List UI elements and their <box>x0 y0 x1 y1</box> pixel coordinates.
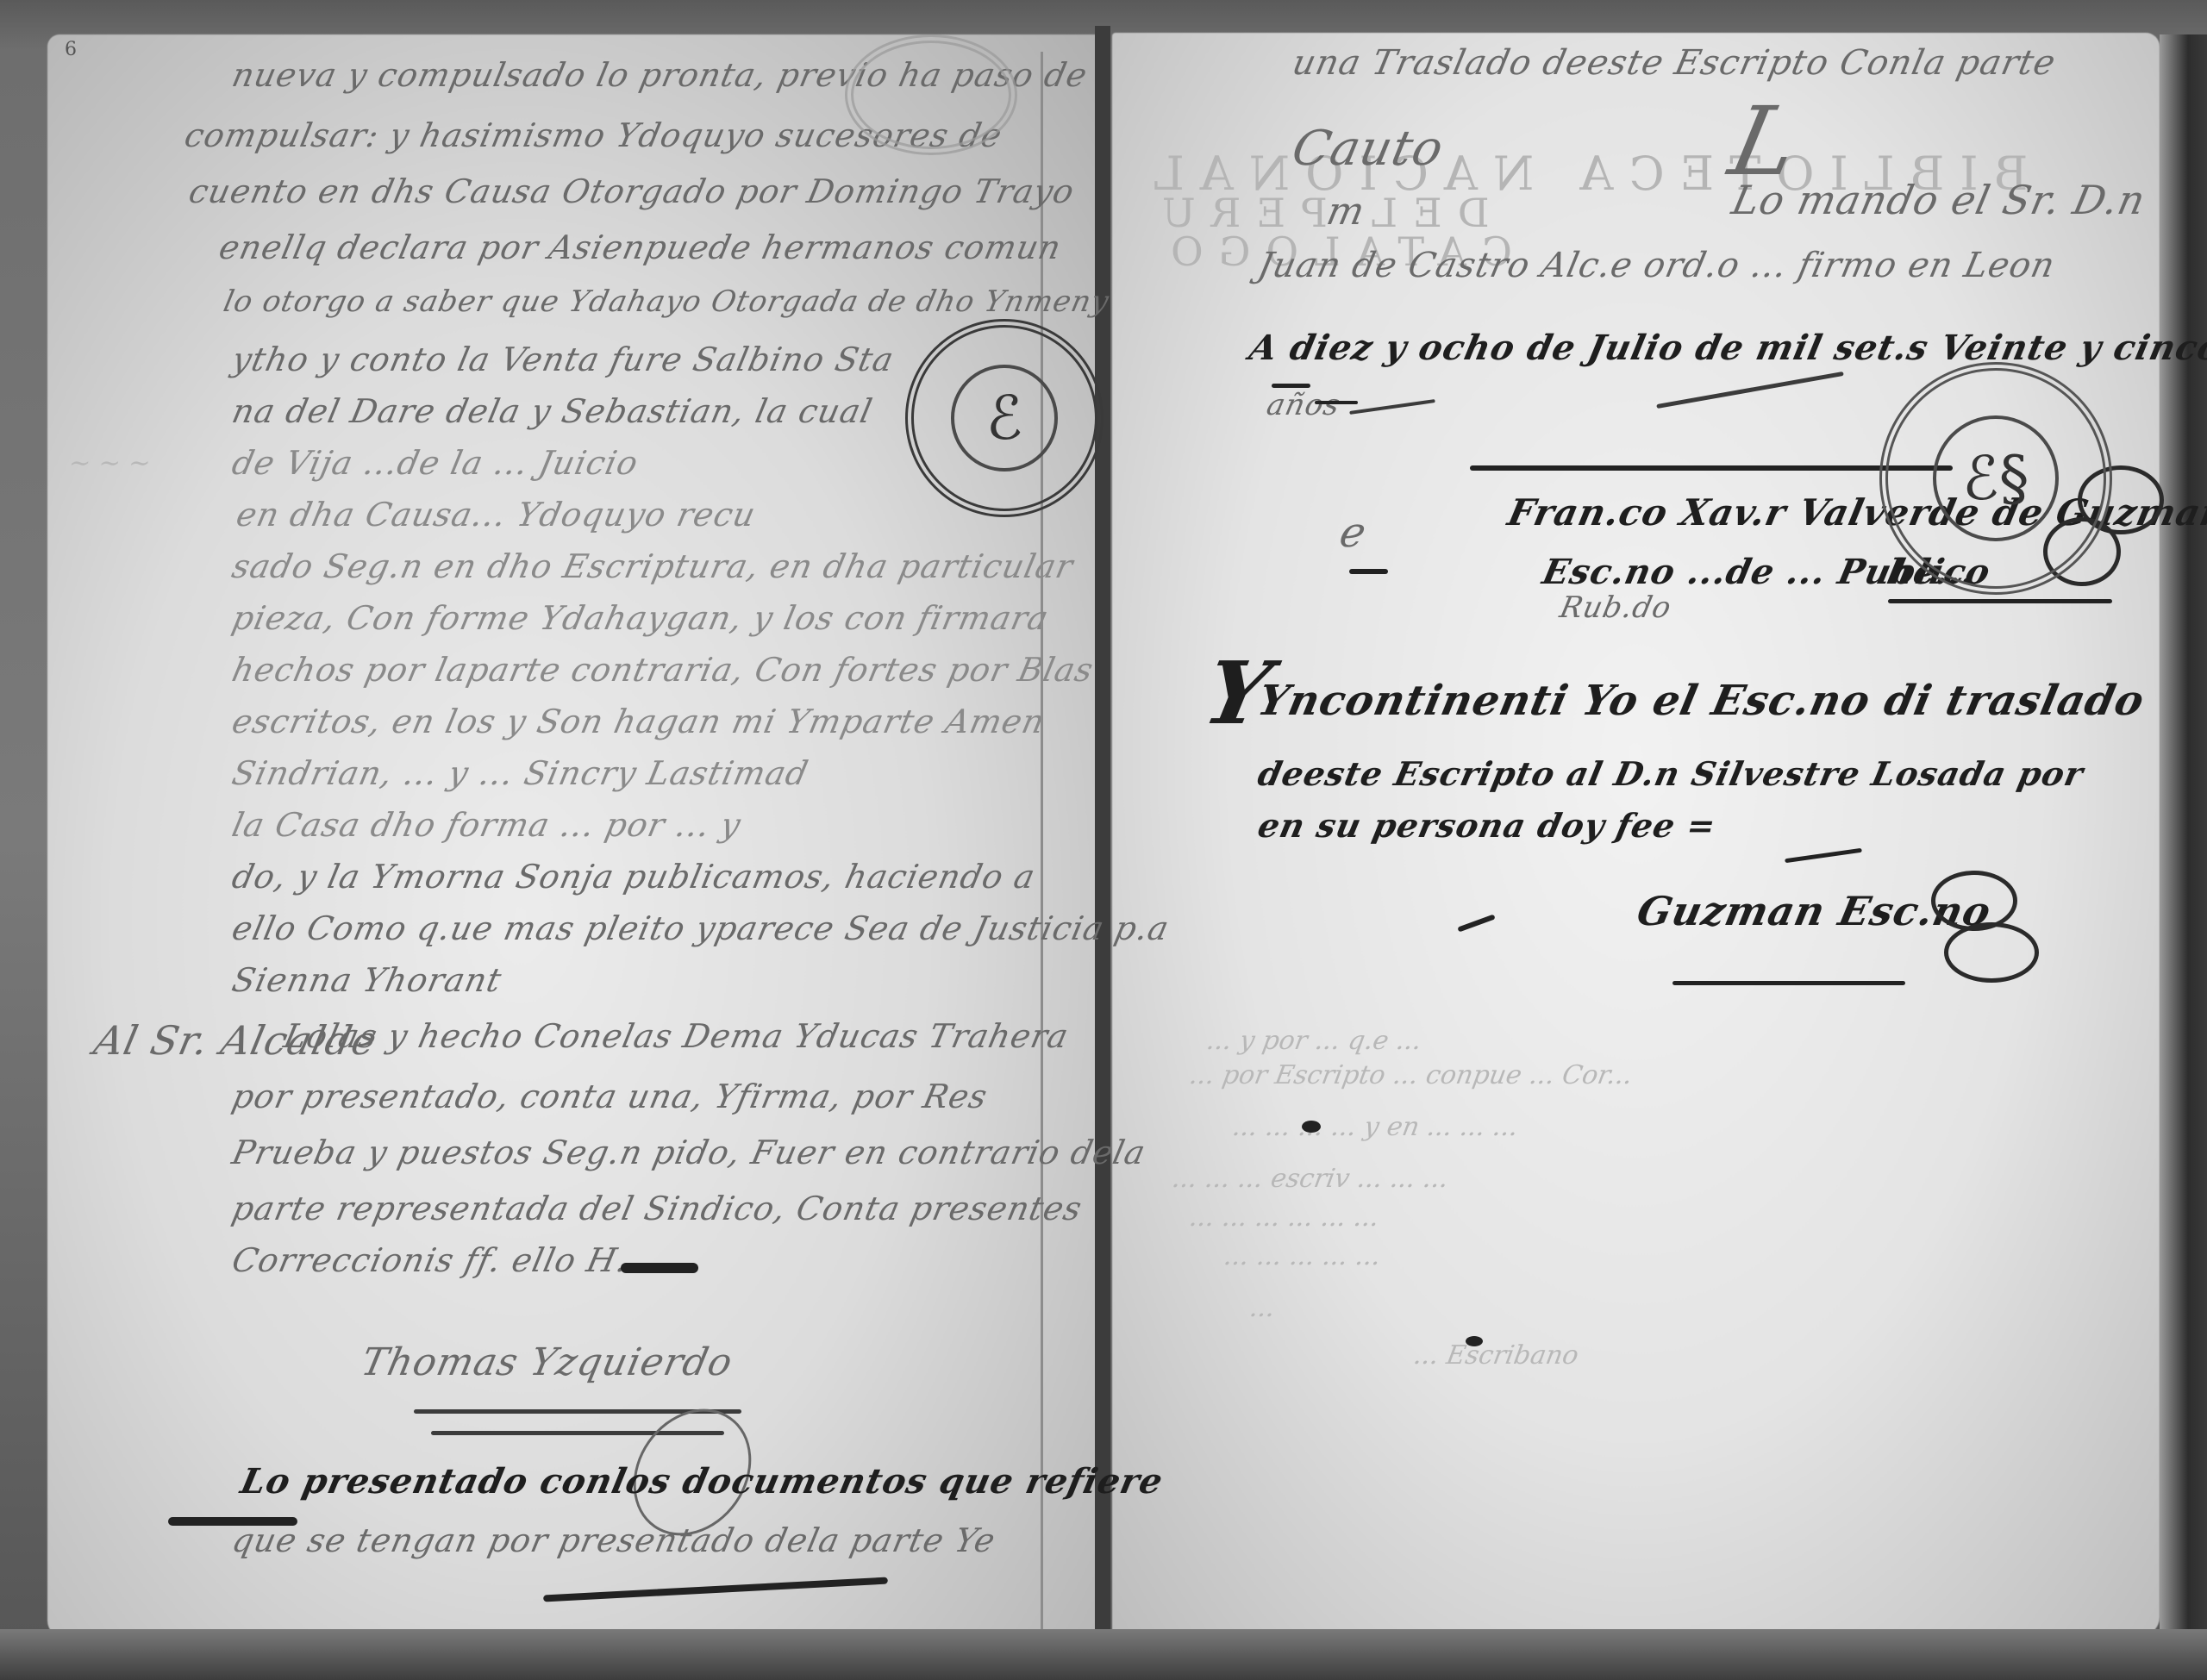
book-spine <box>1095 26 1110 1655</box>
bleed-text: ... por Escripto ... conpue ... Cor... <box>1187 1060 1635 1090</box>
text-line: la Casa dho forma ... por ... y <box>228 806 744 844</box>
text-line: ello Como q.ue mas pleito yparece Sea de… <box>228 909 1172 947</box>
text-line: Lo presentado conlos documentos que refi… <box>237 1461 1167 1502</box>
bleed-text: ... Escribano <box>1411 1340 1581 1371</box>
text-line: Prueba y puestos Seg.n pido, Fuer en con… <box>228 1134 1149 1171</box>
text-line: en dha Causa... Ydoquyo recu <box>233 496 760 534</box>
right-page-edge <box>2160 34 2207 1680</box>
text-line: de Vija ...de la ... Juicio <box>228 444 641 482</box>
library-stamp: ℰ§ <box>1879 362 2112 595</box>
signature: Thomas Yzquierdo <box>358 1340 737 1384</box>
text-line: enellq declara por Asienpuede hermanos c… <box>216 228 1065 266</box>
text-line: Lolas y hecho Conelas Dema Yducas Traher… <box>280 1017 1072 1055</box>
bleed-text: ... ... ... ... ... ... <box>1187 1202 1382 1233</box>
bleed-text: ... ... ... escriv ... ... ... <box>1170 1164 1451 1194</box>
bleed-text: ... ... ... ... ... <box>1222 1241 1383 1271</box>
signature-flourish <box>1931 871 2017 931</box>
ink-stroke <box>168 1517 297 1526</box>
text-line: lo otorgo a saber que Ydahayo Otorgada d… <box>221 284 1113 319</box>
signature-flourish <box>1944 922 2039 983</box>
signature-underline <box>1888 599 2112 603</box>
text-line: que se tengan por presentado dela parte … <box>228 1521 999 1559</box>
ink-stroke <box>621 1263 698 1273</box>
text-line: Sienna Yhorant <box>228 961 505 999</box>
text-line: hechos por laparte contraria, Con fortes… <box>228 651 1097 689</box>
bottom-edge <box>0 1629 2207 1680</box>
ink-stroke <box>1349 569 1388 574</box>
text-line: por presentado, conta una, Yfirma, por R… <box>228 1077 991 1115</box>
bleed-text: ~ ~ ~ <box>66 448 153 478</box>
library-stamp: ℰ <box>905 319 1103 517</box>
ink-stroke <box>1272 384 1310 388</box>
text-line: Yncontinenti Yo el Esc.no di traslado <box>1254 677 2149 725</box>
text-line: Sindrian, ... y ... Sincry Lastimad <box>228 754 812 792</box>
text-line: años <box>1264 388 1344 422</box>
signature-underline <box>1672 981 1905 985</box>
ink-blot <box>1466 1336 1483 1346</box>
text-line: en su persona doy fee = <box>1254 806 1720 845</box>
header-line: una Traslado deeste Escripto Conla parte <box>1289 43 2060 83</box>
text-line: Juan de Castro Alc.e ord.o ... firmo en … <box>1254 246 2059 285</box>
text-line: ytho y conto la Venta fure Salbino Sta <box>228 340 897 378</box>
stamp-center: ℰ <box>951 365 1058 472</box>
text-line: A diez y ocho de Julio de mil set.s Vein… <box>1246 328 2207 368</box>
faint-stamp <box>845 34 1017 155</box>
text-line: Lo mando el Sr. D.n <box>1728 177 2150 223</box>
signature-rubric: Rub.do <box>1557 590 1675 625</box>
text-line: na del Dare dela y Sebastian, la cual <box>228 392 876 430</box>
margin-label: Cauto <box>1287 121 1448 177</box>
text-line: escritos, en los y Son hagan mi Ymparte … <box>228 703 1048 740</box>
bleed-text: ... ... ... ... y en ... ... ... <box>1230 1112 1521 1142</box>
text-line: do, y la Ymorna Sonja publicamos, hacien… <box>228 858 1039 896</box>
text-line: sado Seg.n en dho Escriptura, en dha par… <box>228 547 1077 585</box>
stamp-center: ℰ§ <box>1933 415 2059 541</box>
text-line: pieza, Con forme Ydahaygan, y los con fi… <box>228 599 1052 637</box>
ink-blot <box>1302 1121 1321 1133</box>
text-line: Correccionis ff. ello H. <box>228 1241 632 1279</box>
text-line: parte representada del Sindico, Conta pr… <box>228 1190 1085 1227</box>
bleed-text: ... y por ... q.e ... <box>1204 1026 1424 1056</box>
page-number: 6 <box>65 39 77 60</box>
ink-stroke <box>1315 401 1358 404</box>
text-line: cuento en dhs Causa Otorgado por Domingo… <box>185 172 1078 210</box>
text-line: deeste Escripto al D.n Silvestre Losada … <box>1254 754 2087 793</box>
